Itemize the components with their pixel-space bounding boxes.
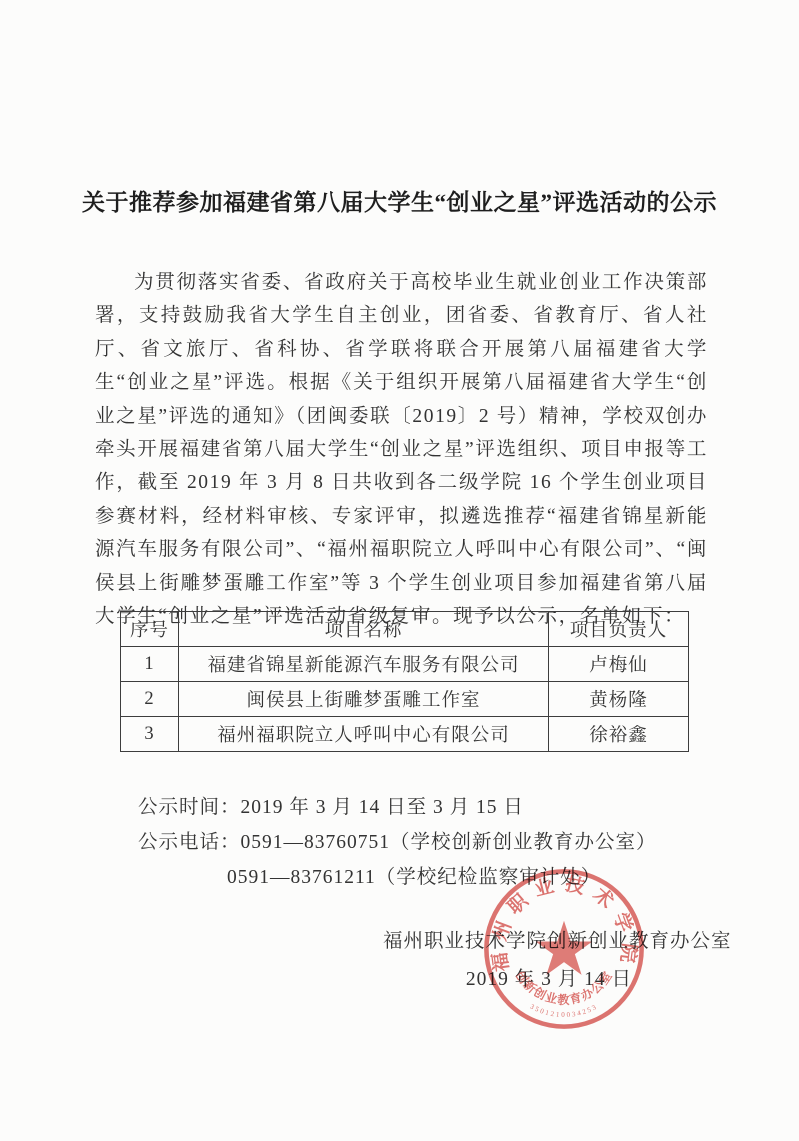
table-cell: 闽侯县上街雕梦蛋雕工作室: [179, 682, 549, 717]
column-header-project-name: 项目名称: [179, 612, 549, 647]
projects-table: 序号 项目名称 项目负责人 1福建省锦星新能源汽车服务有限公司卢梅仙2闽侯县上街…: [120, 611, 689, 752]
notice-phone-row-2: 0591—83761211（学校纪检监察审计处）: [138, 860, 657, 895]
table-row: 1福建省锦星新能源汽车服务有限公司卢梅仙: [121, 647, 689, 682]
table-cell: 福建省锦星新能源汽车服务有限公司: [179, 647, 549, 682]
signature-date: 2019 年 3 月 14 日: [383, 963, 715, 991]
seal-serial-number: 3501210034253: [529, 1003, 600, 1020]
table-body: 1福建省锦星新能源汽车服务有限公司卢梅仙2闽侯县上街雕梦蛋雕工作室黄杨隆3福州福…: [121, 647, 689, 752]
signature-block: 福州职业技术学院创新创业教育办公室 2019 年 3 月 14 日: [383, 925, 715, 991]
notice-time-label: 公示时间：: [138, 790, 241, 825]
svg-text:3501210034253: 3501210034253: [529, 1003, 600, 1020]
notice-section: 公示时间：2019 年 3 月 14 日至 3 月 15 日 公示电话：0591…: [138, 790, 657, 895]
column-header-index: 序号: [121, 612, 179, 647]
table-cell: 卢梅仙: [549, 647, 689, 682]
notice-phone-label: 公示电话：: [138, 825, 241, 860]
table-cell: 2: [121, 682, 179, 717]
table-header-row: 序号 项目名称 项目负责人: [121, 612, 689, 647]
table-row: 2闽侯县上街雕梦蛋雕工作室黄杨隆: [121, 682, 689, 717]
signature-organization: 福州职业技术学院创新创业教育办公室: [383, 925, 715, 953]
notice-phone-value-2: 0591—83761211（学校纪检监察审计处）: [227, 867, 601, 888]
notice-time-value: 2019 年 3 月 14 日至 3 月 15 日: [241, 797, 524, 818]
document-page: 关于推荐参加福建省第八届大学生“创业之星”评选活动的公示 为贯彻落实省委、省政府…: [0, 0, 799, 1141]
table-row: 3福州福职院立人呼叫中心有限公司徐裕鑫: [121, 717, 689, 752]
notice-time-row: 公示时间：2019 年 3 月 14 日至 3 月 15 日: [138, 790, 657, 825]
table-cell: 福州福职院立人呼叫中心有限公司: [179, 717, 549, 752]
table-cell: 1: [121, 647, 179, 682]
table-cell: 黄杨隆: [549, 682, 689, 717]
column-header-project-owner: 项目负责人: [549, 612, 689, 647]
notice-phone-value-1: 0591—83760751（学校创新创业教育办公室）: [241, 832, 657, 853]
notice-phone-row: 公示电话：0591—83760751（学校创新创业教育办公室）: [138, 825, 657, 860]
document-title: 关于推荐参加福建省第八届大学生“创业之星”评选活动的公示: [0, 184, 799, 217]
table-cell: 3: [121, 717, 179, 752]
body-paragraph: 为贯彻落实省委、省政府关于高校毕业生就业创业工作决策部署，支持鼓励我省大学生自主…: [95, 266, 708, 633]
table-cell: 徐裕鑫: [549, 717, 689, 752]
